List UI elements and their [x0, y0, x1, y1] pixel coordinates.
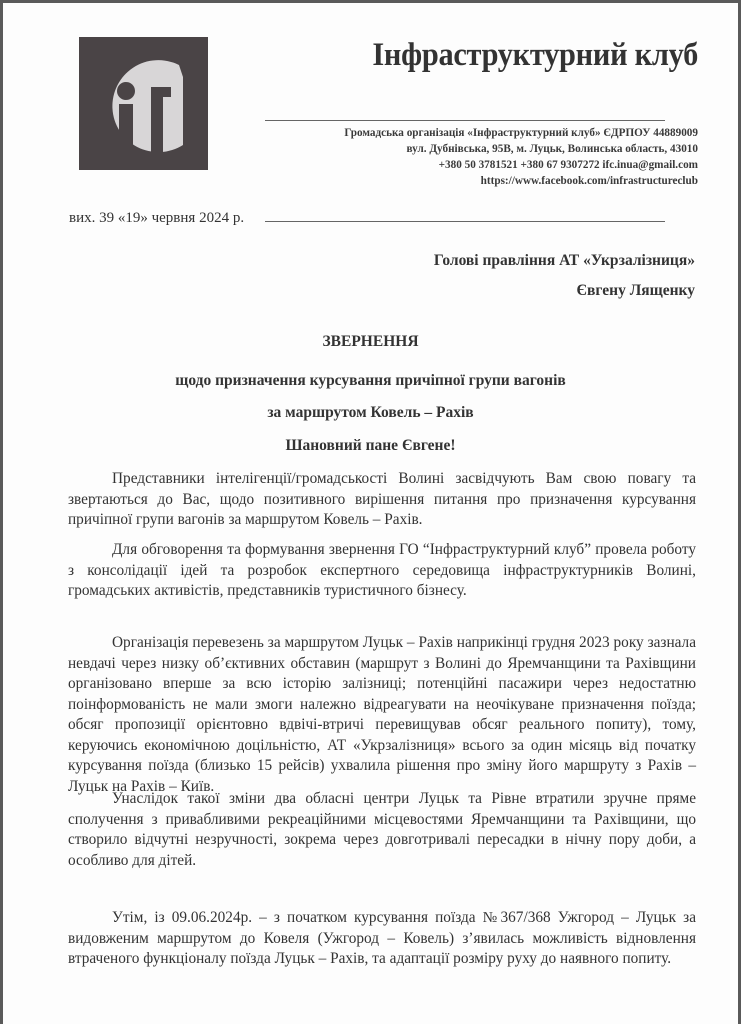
- header-divider: [265, 120, 665, 121]
- org-registration: Громадська організація «Інфраструктурний…: [263, 125, 698, 141]
- body-paragraph: Унаслідок такої зміни два обласні центри…: [68, 789, 696, 871]
- body-paragraph: Для обговорення та формування звернення …: [68, 540, 696, 602]
- org-phones-email: +380 50 3781521 +380 67 9307272 ifc.inua…: [263, 157, 698, 173]
- org-address: вул. Дубнівська, 95В, м. Луцьк, Волинськ…: [263, 141, 698, 157]
- addressee-name: Євгену Лященку: [577, 282, 695, 300]
- addressee-position: Голові правління АТ «Укрзалізниця»: [434, 252, 695, 270]
- header-divider-bottom: [265, 221, 665, 222]
- org-contacts: Громадська організація «Інфраструктурний…: [263, 125, 698, 189]
- ifc-logo-icon: [79, 37, 208, 170]
- document-route: за маршрутом Ковель – Рахів: [0, 404, 741, 422]
- body-paragraph: Представники інтелігенції/громадськості …: [68, 469, 696, 531]
- org-title: Інфраструктурний клуб: [316, 37, 698, 74]
- document-subtitle: щодо призначення курсування причіпної гр…: [0, 372, 741, 390]
- salutation: Шановний пане Євгене!: [0, 437, 741, 455]
- document-title: ЗВЕРНЕННЯ: [0, 333, 741, 351]
- body-paragraph: Організація перевезень за маршрутом Луць…: [68, 633, 696, 797]
- org-facebook-link: https://www.facebook.com/infrastructurec…: [263, 173, 698, 189]
- outgoing-number: вих. 39 «19» червня 2024 р.: [69, 210, 244, 227]
- body-paragraph: Утім, із 09.06.2024р. – з початком курсу…: [68, 908, 696, 970]
